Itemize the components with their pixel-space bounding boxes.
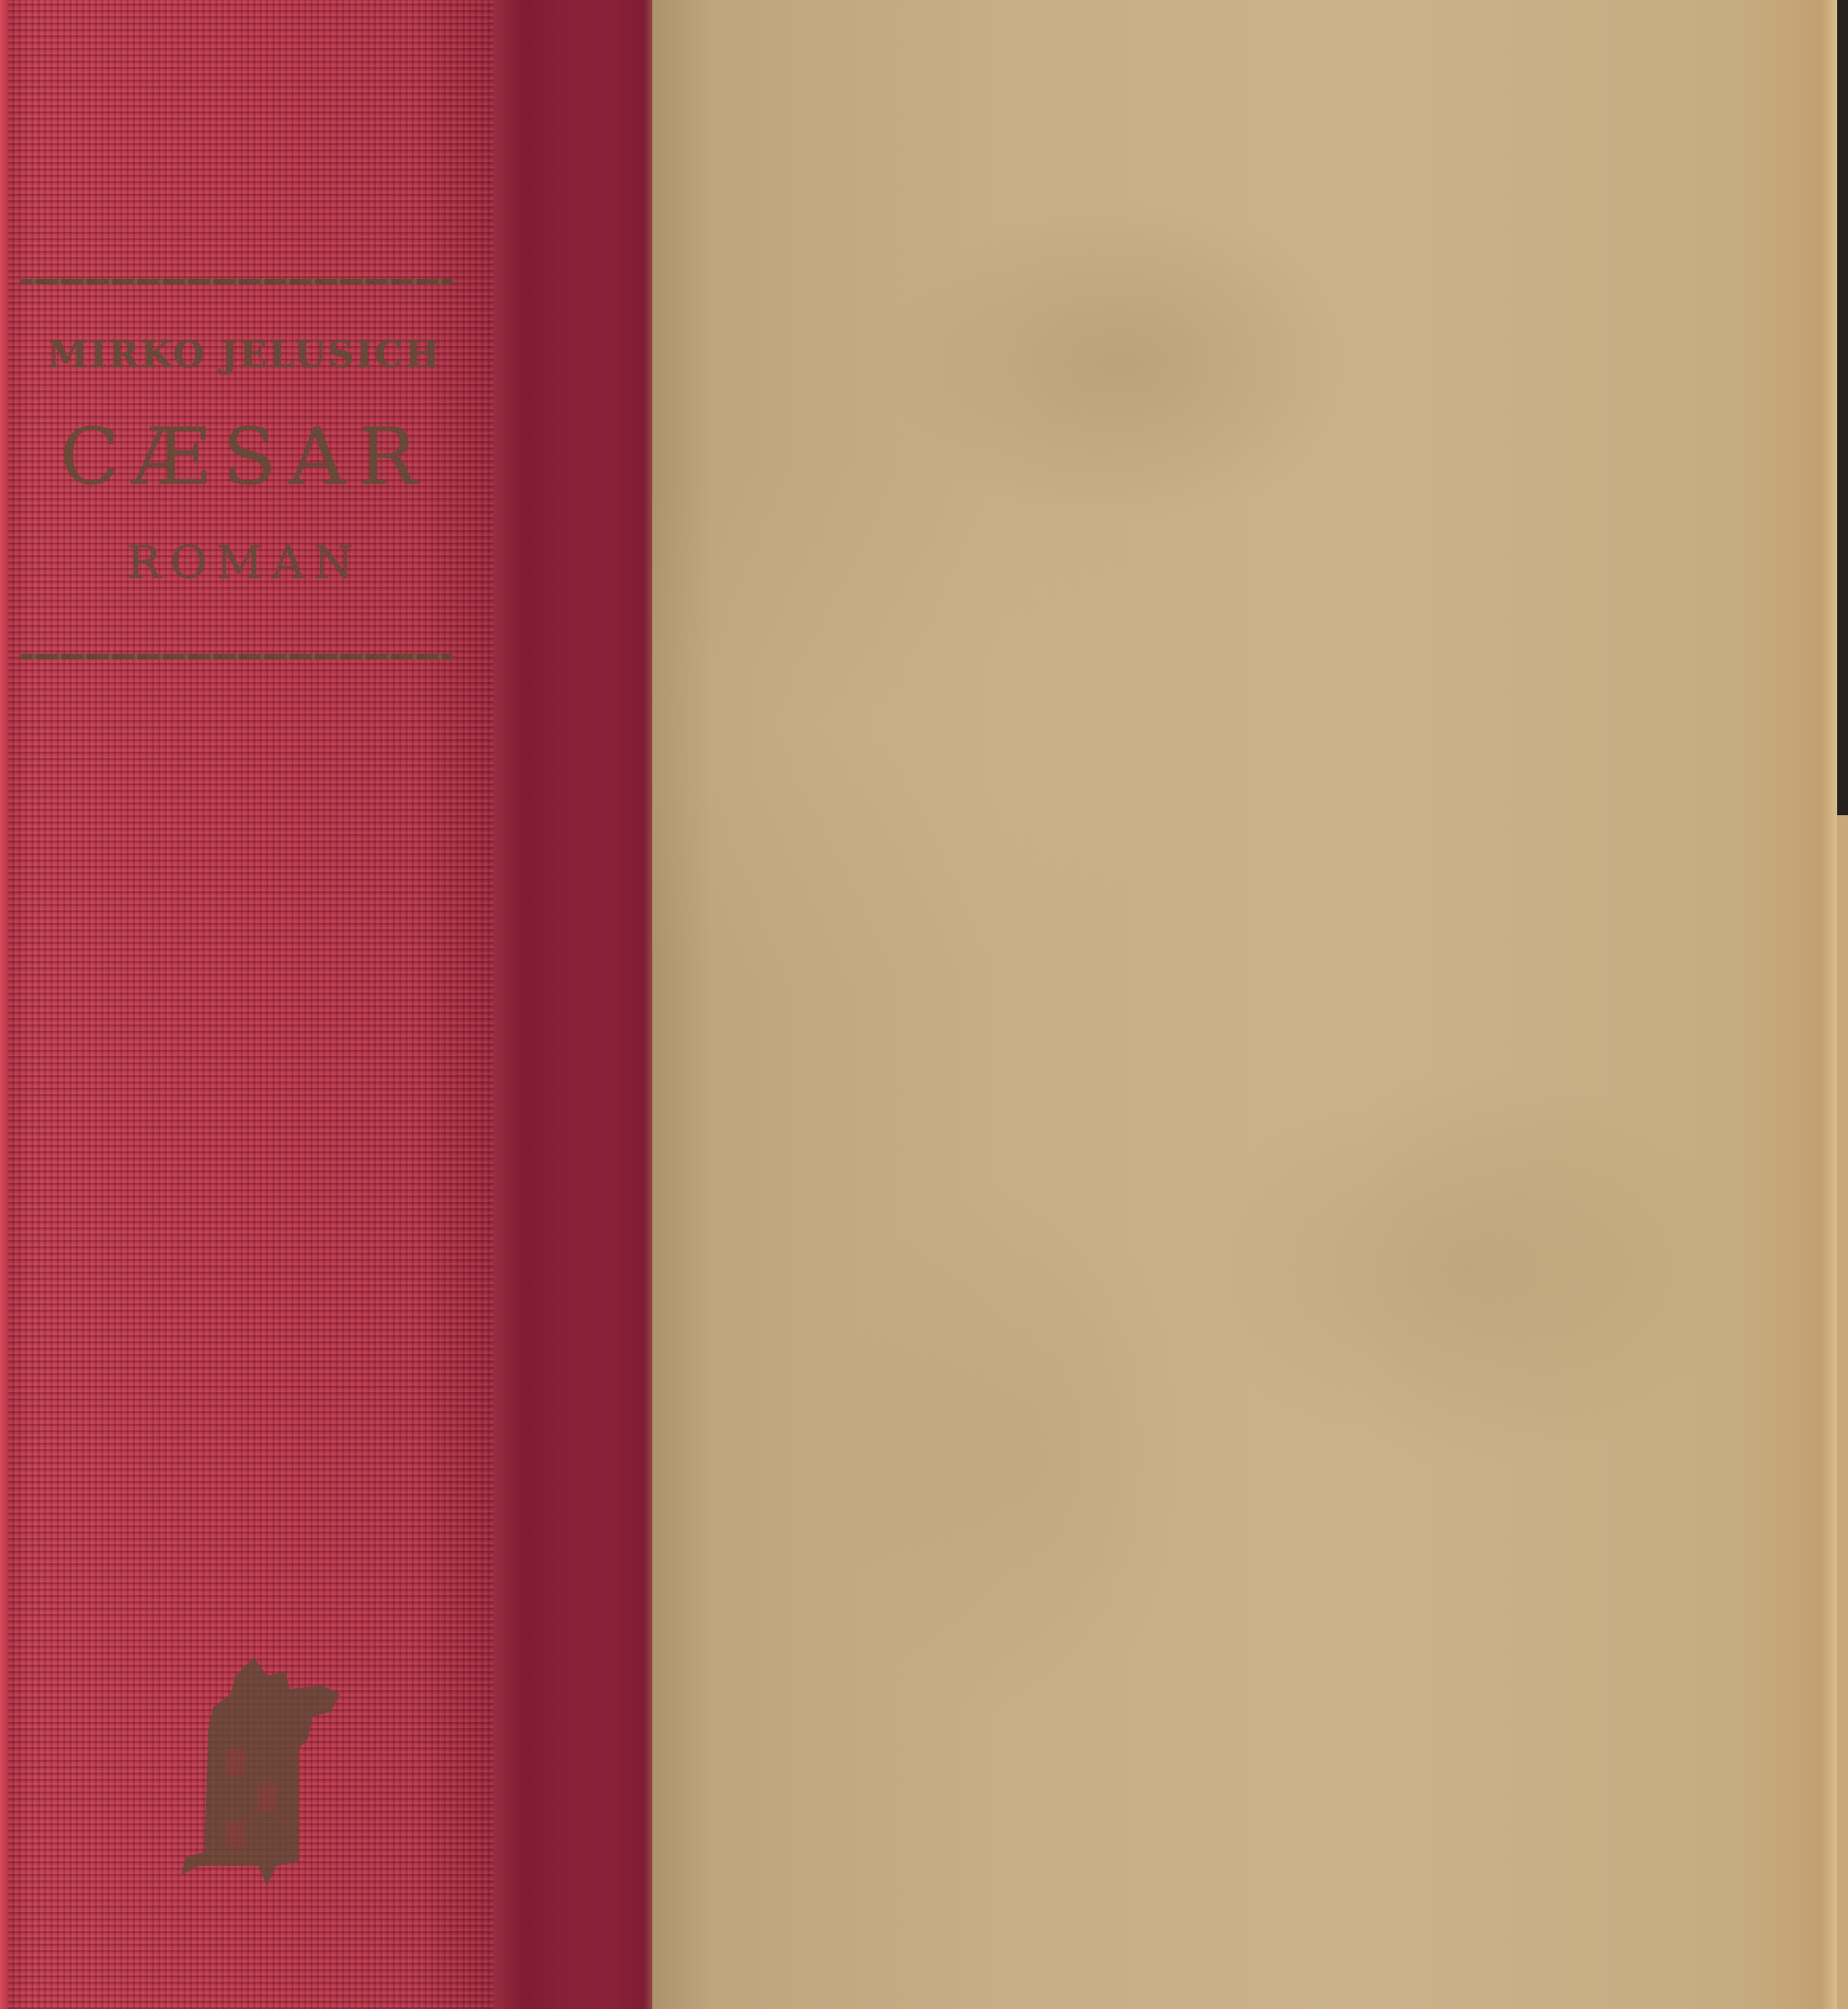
page-edge-strip xyxy=(1837,815,1848,2009)
spine-author: MIRKO JELUSICH xyxy=(9,333,480,376)
spine-title: CÆSAR xyxy=(9,412,480,503)
spine-edge xyxy=(0,0,8,2009)
spine-bottom-rule xyxy=(20,654,453,659)
spine-top-rule xyxy=(20,279,453,284)
spine-hinge xyxy=(494,0,657,2009)
publisher-emblem-icon xyxy=(163,1649,371,1893)
cover-right-edge xyxy=(1821,0,1837,2009)
book-photo: MIRKO JELUSICH CÆSAR ROMAN xyxy=(0,0,1848,2009)
background-strip xyxy=(1837,0,1848,815)
cover-paper xyxy=(652,0,1837,2009)
spine-subtitle: ROMAN xyxy=(9,536,480,589)
